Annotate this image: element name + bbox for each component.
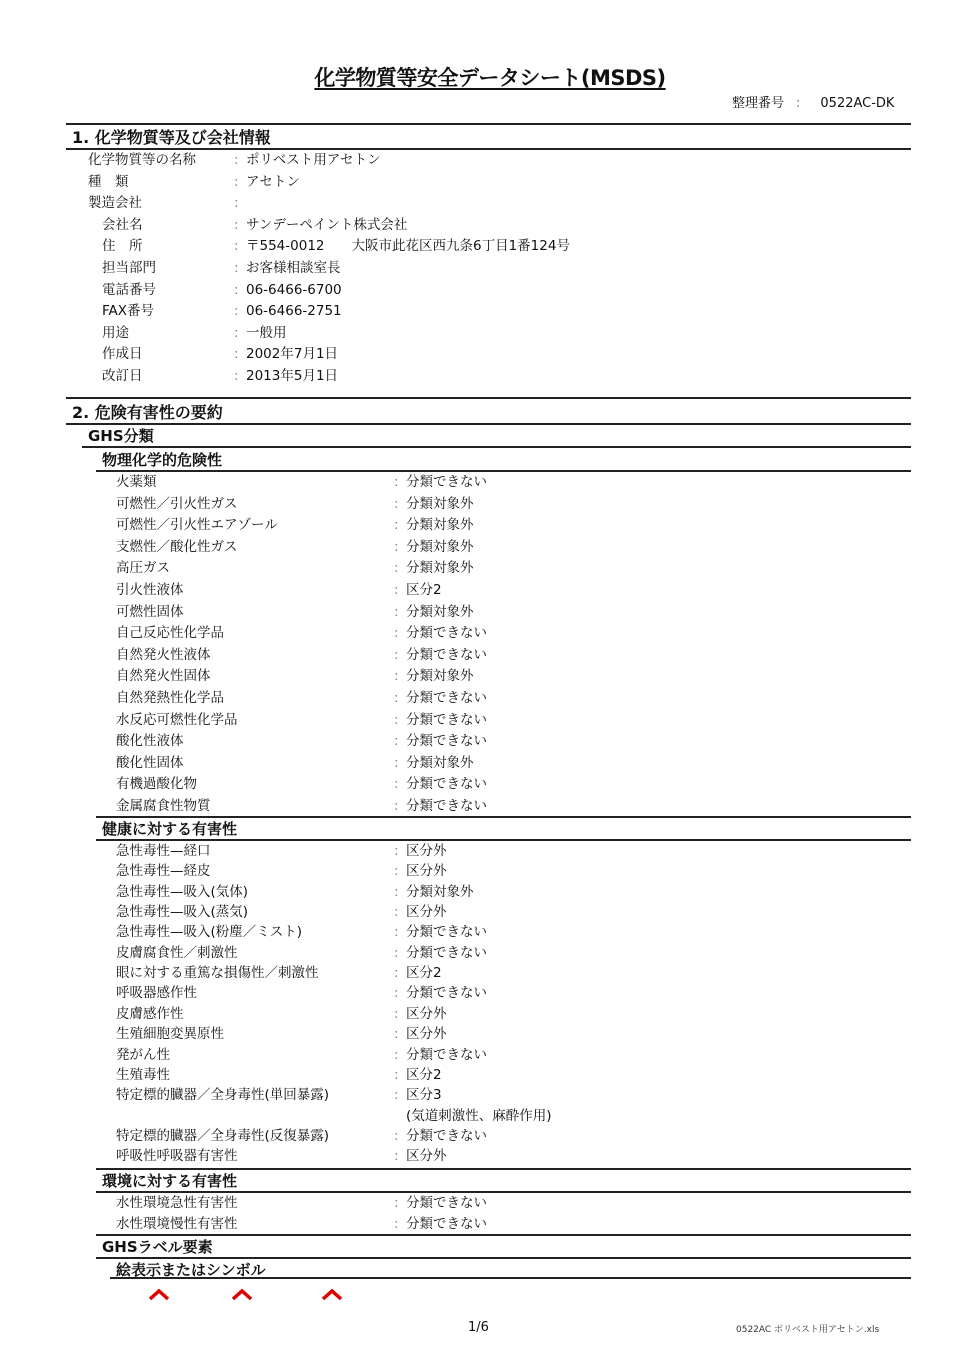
field-label: 自然発火性固体 <box>116 666 211 686</box>
field-separator: : <box>234 193 239 213</box>
field-value: 分類できない <box>406 774 487 794</box>
ghs-pictogram-icon <box>231 1287 253 1301</box>
field-separator: : <box>394 774 399 794</box>
field-value: 分類対象外 <box>406 753 474 773</box>
field-value: 分類対象外 <box>406 666 474 686</box>
field-separator: : <box>394 1146 399 1166</box>
section2-heading: 2. 危険有害性の要約 <box>72 400 223 423</box>
field-separator: : <box>394 943 399 963</box>
field-separator: : <box>394 580 399 600</box>
field-separator: : <box>394 602 399 622</box>
field-value: 分類できない <box>406 710 487 730</box>
reference-separator: : <box>796 96 800 111</box>
field-separator: : <box>234 344 239 364</box>
field-value: 分類対象外 <box>406 537 474 557</box>
field-value: 区分2 <box>406 963 442 983</box>
field-value: 分類できない <box>406 688 487 708</box>
field-label: 種 類 <box>88 172 129 192</box>
field-label: 支燃性／酸化性ガス <box>116 537 238 557</box>
divider <box>96 1234 911 1236</box>
field-value: 分類できない <box>406 943 487 963</box>
field-separator: : <box>394 537 399 557</box>
field-separator: : <box>234 323 239 343</box>
divider <box>96 470 911 472</box>
field-separator: : <box>394 1193 399 1213</box>
field-label: 住 所 <box>102 236 143 256</box>
field-label: 水反応可燃性化学品 <box>116 710 238 730</box>
field-label: 眼に対する重篤な損傷性／刺激性 <box>116 963 319 983</box>
field-value: 分類できない <box>406 645 487 665</box>
section1-heading: 1. 化学物質等及び会社情報 <box>72 125 271 148</box>
field-value: 分類対象外 <box>406 602 474 622</box>
field-label: 自然発熱性化学品 <box>116 688 224 708</box>
field-label: 電話番号 <box>102 280 156 300</box>
field-label: 会社名 <box>102 215 143 235</box>
field-label: 自己反応性化学品 <box>116 623 224 643</box>
field-value: アセトン <box>246 172 300 192</box>
divider <box>96 839 911 841</box>
field-separator: : <box>394 983 399 1003</box>
field-label: 高圧ガス <box>116 558 170 578</box>
field-label: 水性環境急性有害性 <box>116 1193 238 1213</box>
field-value: 区分外 <box>406 861 447 881</box>
field-label: 急性毒性—経皮 <box>116 861 211 881</box>
field-value: 区分外 <box>406 902 447 922</box>
field-value: 分類できない <box>406 1214 487 1234</box>
field-label: 急性毒性—吸入(気体) <box>116 882 248 902</box>
field-separator: : <box>394 861 399 881</box>
field-label: 酸化性固体 <box>116 753 184 773</box>
field-label: 用途 <box>102 323 129 343</box>
field-separator: : <box>394 710 399 730</box>
field-value: 2013年5月1日 <box>246 366 338 386</box>
field-label: 製造会社 <box>88 193 142 213</box>
field-label: 作成日 <box>102 344 143 364</box>
reference-value: 0522AC-DK <box>820 96 894 111</box>
field-label: 酸化性液体 <box>116 731 184 751</box>
field-value: お客様相談室長 <box>246 258 341 278</box>
ghs-label-elements-heading: GHSラベル要素 <box>102 1236 213 1257</box>
field-label: 急性毒性—経口 <box>116 841 211 861</box>
field-label: FAX番号 <box>102 301 154 321</box>
field-label: 急性毒性—吸入(蒸気) <box>116 902 248 922</box>
field-value: 区分2 <box>406 1065 442 1085</box>
field-value: 一般用 <box>246 323 287 343</box>
field-separator: : <box>394 1065 399 1085</box>
document-title: 化学物質等安全データシート(MSDS) <box>0 62 960 92</box>
field-value: 区分外 <box>406 1024 447 1044</box>
field-separator: : <box>234 366 239 386</box>
field-separator: : <box>234 172 239 192</box>
ghs-pictogram-icon <box>148 1287 170 1301</box>
field-value: サンデーペイント株式会社 <box>246 215 407 235</box>
field-separator: : <box>394 1126 399 1146</box>
field-value: 分類対象外 <box>406 515 474 535</box>
environment-hazards-heading: 環境に対する有害性 <box>102 1170 237 1191</box>
divider <box>66 397 911 399</box>
field-separator: : <box>394 1085 399 1105</box>
field-value: 分類できない <box>406 983 487 1003</box>
field-separator: : <box>394 882 399 902</box>
ghs-classification-heading: GHS分類 <box>88 425 154 446</box>
field-label: 皮膚腐食性／刺激性 <box>116 943 238 963</box>
field-separator: : <box>394 515 399 535</box>
divider <box>66 423 911 425</box>
field-label: 可燃性固体 <box>116 602 184 622</box>
field-separator: : <box>394 1024 399 1044</box>
physical-hazards-heading: 物理化学的危険性 <box>102 449 222 470</box>
divider <box>82 446 911 448</box>
field-value: 〒554-0012 大阪市此花区西九条6丁目1番124号 <box>246 236 570 256</box>
field-separator: : <box>394 731 399 751</box>
field-label: 引火性液体 <box>116 580 184 600</box>
field-separator: : <box>394 1004 399 1024</box>
field-separator: : <box>394 922 399 942</box>
field-value: 分類できない <box>406 1193 487 1213</box>
field-value: 分類できない <box>406 623 487 643</box>
page-number: 1/6 <box>468 1320 489 1335</box>
reference-label: 整理番号 <box>732 96 784 111</box>
field-value: 分類対象外 <box>406 494 474 514</box>
ghs-pictogram-icon <box>321 1287 343 1301</box>
field-value: 分類できない <box>406 796 487 816</box>
field-label: 水性環境慢性有害性 <box>116 1214 238 1234</box>
field-separator: : <box>394 645 399 665</box>
field-separator: : <box>394 494 399 514</box>
field-value: 区分2 <box>406 580 442 600</box>
health-hazards-heading: 健康に対する有害性 <box>102 818 237 839</box>
field-label: 自然発火性液体 <box>116 645 211 665</box>
field-separator: : <box>394 902 399 922</box>
field-label: 可燃性／引火性エアゾール <box>116 515 278 535</box>
field-value: 区分3 <box>406 1085 442 1105</box>
field-separator: : <box>394 1214 399 1234</box>
field-value: 分類できない <box>406 922 487 942</box>
field-value: 区分外 <box>406 841 447 861</box>
field-value: 区分外 <box>406 1146 447 1166</box>
field-separator: : <box>234 150 239 170</box>
field-label: 火薬類 <box>116 472 157 492</box>
field-label: 皮膚感作性 <box>116 1004 184 1024</box>
field-value: 分類対象外 <box>406 882 474 902</box>
field-value: 分類できない <box>406 1126 487 1146</box>
field-value: ポリベスト用アセトン <box>246 150 381 170</box>
field-label: 急性毒性—吸入(粉塵／ミスト) <box>116 922 302 942</box>
footer-filename: 0522AC ポリベスト用アセトン.xls <box>736 1322 879 1335</box>
field-separator: : <box>394 753 399 773</box>
field-value: 分類できない <box>406 731 487 751</box>
field-label: 有機過酸化物 <box>116 774 197 794</box>
field-value: 分類対象外 <box>406 558 474 578</box>
field-value: 区分外 <box>406 1004 447 1024</box>
field-separator: : <box>394 1045 399 1065</box>
field-label: 可燃性／引火性ガス <box>116 494 238 514</box>
field-value: (気道刺激性、麻酔作用) <box>406 1106 552 1126</box>
field-separator: : <box>394 623 399 643</box>
field-value: 06-6466-2751 <box>246 301 342 321</box>
field-separator: : <box>394 666 399 686</box>
field-separator: : <box>394 688 399 708</box>
reference-number: 整理番号:0522AC-DK <box>732 92 894 111</box>
field-separator: : <box>394 841 399 861</box>
field-value: 2002年7月1日 <box>246 344 338 364</box>
field-separator: : <box>234 258 239 278</box>
field-label: 特定標的臓器／全身毒性(単回暴露) <box>116 1085 329 1105</box>
field-value: 06-6466-6700 <box>246 280 342 300</box>
field-separator: : <box>394 558 399 578</box>
field-label: 生殖毒性 <box>116 1065 170 1085</box>
field-label: 発がん性 <box>116 1045 170 1065</box>
field-label: 呼吸性呼吸器有害性 <box>116 1146 238 1166</box>
field-separator: : <box>394 796 399 816</box>
field-separator: : <box>394 472 399 492</box>
field-label: 化学物質等の名称 <box>88 150 196 170</box>
divider <box>110 1277 911 1279</box>
field-separator: : <box>234 280 239 300</box>
field-separator: : <box>234 236 239 256</box>
field-separator: : <box>394 963 399 983</box>
field-value: 分類できない <box>406 472 487 492</box>
field-label: 改訂日 <box>102 366 143 386</box>
field-label: 担当部門 <box>102 258 156 278</box>
field-value: 分類できない <box>406 1045 487 1065</box>
field-separator: : <box>234 301 239 321</box>
field-label: 特定標的臓器／全身毒性(反復暴露) <box>116 1126 329 1146</box>
field-label: 生殖細胞変異原性 <box>116 1024 224 1044</box>
field-label: 金属腐食性物質 <box>116 796 211 816</box>
field-label: 呼吸器感作性 <box>116 983 197 1003</box>
field-separator: : <box>234 215 239 235</box>
